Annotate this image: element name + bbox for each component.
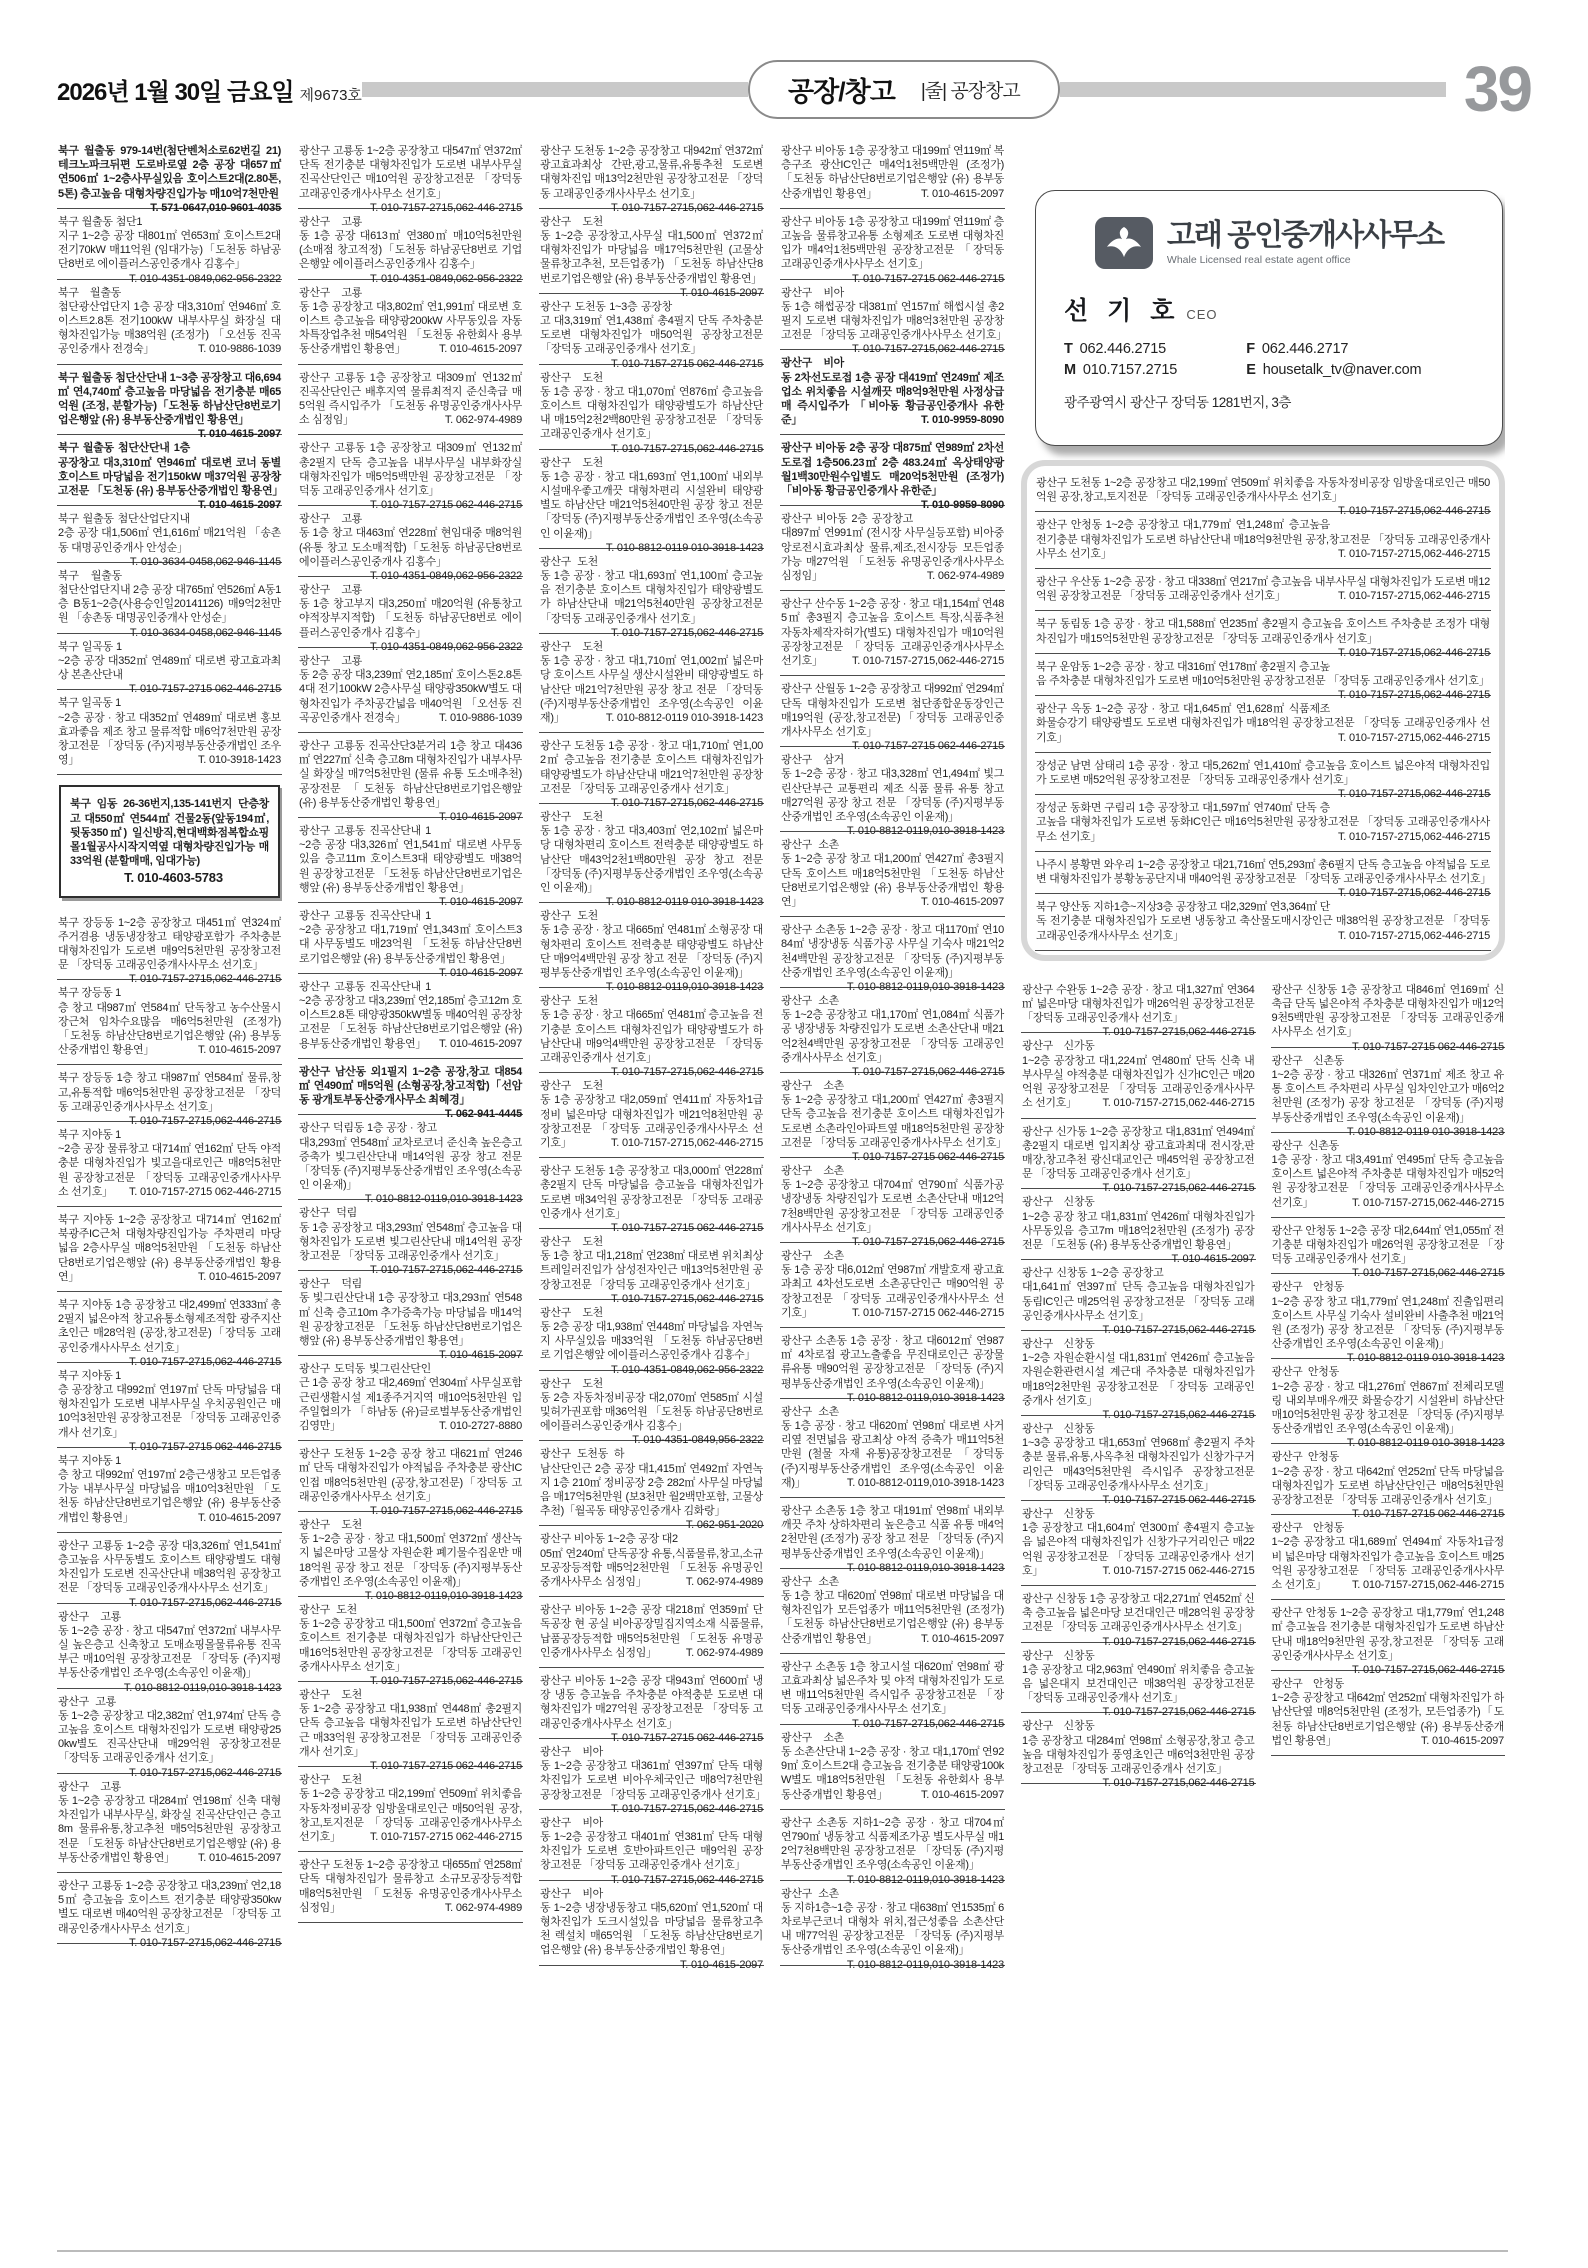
- classified-ad: 광산구 신창동 1층 공장창고 대2,271㎡ 연452㎡ 신축 층고높음 넓은…: [1021, 1586, 1256, 1643]
- classified-ad: 광산구 신가동 1~2층 공장창고 대1,831㎡ 연494㎡ 총2필지 대로변…: [1021, 1119, 1256, 1190]
- classified-ad: 북구 월출동 979-14번(첨단벤처소로62번길 21) 테크노파크뒤편 도로…: [57, 138, 282, 209]
- classified-ad: 광산구 덕림동 빛그린산단내 1층 공장창고 대3,293㎡ 연548㎡ 신축 …: [298, 1271, 523, 1356]
- ad-text: 북구 일곡동 1~2층 공장 대352㎡ 연489㎡ 대로변 광고효과최상 본촌…: [58, 641, 281, 681]
- ad-phone: T. 010-7157-2715,062-446-2715: [1330, 731, 1490, 745]
- ad-text: 광산구 고룡동 진곡산단내 1~2층 공장창고 대1,719㎡ 연1,343㎡ …: [299, 910, 522, 965]
- ad-phone: T. 010-4615-2097: [913, 1788, 1004, 1802]
- ad-phone: T. 010-7157-2715,062-446-2715: [1330, 589, 1490, 603]
- ad-text: 북구 운암동 1~2층 공장 · 창고 대316㎡ 연178㎡ 총2필지 층고높…: [1036, 661, 1489, 687]
- ad-phone: T. 010-4615-2097: [913, 1632, 1004, 1646]
- ad-text: 광산구 비아동 1층 해썹공장 대381㎡ 연157㎡ 해썹시설 총2필지 도로…: [781, 287, 1005, 342]
- ad-text: 광산구 삼거동 1~2층 공장 · 창고 대3,328㎡ 연1,494㎡ 빛그린…: [781, 754, 1004, 823]
- classified-ad: 광산구 고룡동 1~2층 공장 · 창고 대547㎡ 연372㎡ 내부사무실 높…: [57, 1604, 282, 1689]
- ad-text: 광산구 고룡동 1~2층 공장 · 창고 대547㎡ 연372㎡ 내부사무실 높…: [58, 1611, 281, 1680]
- ad-phone: T. 010-7157-2715,062-446-2715: [1344, 1196, 1504, 1210]
- classified-ad: 광산구 소촌동 1층 공장 · 창고 대6012㎡ 연987㎡ 4차로접 광고노…: [780, 1328, 1005, 1399]
- ad-phone: T. 062-974-4989: [919, 569, 1004, 583]
- classified-ad: 광산구 산월동 1~2층 공장창고 대992㎡ 연294㎡ 단독 대형차진입가 …: [780, 676, 1005, 747]
- classified-ad: 장성군 남면 삼태리 1층 공장 · 창고 대5,262㎡ 연1,410㎡ 층고…: [1035, 753, 1491, 795]
- classified-ad: 광산구 도천동 1~2층 공장 · 창고 대1,500㎡ 연372㎡ 생산녹지 …: [298, 1512, 523, 1597]
- ad-text: 광산구 도천동 1~2층 공장창고,사무실 대1,500㎡ 연372㎡ 대형차진…: [540, 216, 763, 285]
- classified-ad: 광산구 도천동 1~2층 공장창고,사무실 대1,500㎡ 연372㎡ 대형차진…: [539, 209, 764, 294]
- ad-text: 광산구 도천동 1~2층 공장 창고 대621㎡ 연246㎡ 단독 대형차진입가…: [299, 1448, 522, 1503]
- classified-ad: 광산구 소촌동 지하1~2층 공장 · 창고 대704㎡ 연790㎡ 냉동창고 …: [780, 1810, 1005, 1881]
- fax-number: 062.446.2717: [1262, 341, 1348, 357]
- classified-ad: 광산구 비아동 1~2층 냉장냉동창고 대5,620㎡ 연1,520㎡ 대형차진…: [539, 1881, 764, 1966]
- classified-ad: 광산구 도천동 2층 자동차정비공장 대2,070㎡ 연585㎡ 시설및허가권포…: [539, 1371, 764, 1442]
- ad-text: 광산구 도천동 1층 공장 · 창고 대1,693㎡ 연1,100㎡ 층고높음 …: [540, 556, 763, 625]
- classified-ad: 북구 장등동 1층 창고 대987㎡ 연584㎡ 물류,창고,유통적합 매6억5…: [57, 1065, 282, 1122]
- ad-phone: T. 062-974-4989: [437, 413, 522, 427]
- classified-ad: 광산구 비아동 2층 공장창고 대897㎡ 연991㎡ (전시장 사무실등포함)…: [780, 506, 1005, 591]
- classified-ad: 광산구 신창동 1~3층 공장창고 대1,653㎡ 연968㎡ 총2필지 주차충…: [1021, 1416, 1256, 1501]
- ad-text: 광산구 비아동 1층 공장창고 대199㎡ 연119㎡ 층고높음 물류창고유통 …: [781, 216, 1004, 271]
- ad-text: 광산구 도천동 2층 자동차정비공장 대2,070㎡ 연585㎡ 시설및허가권포…: [540, 1378, 763, 1433]
- classified-ad: 광산구 산수동 1~2층 공장 · 창고 대1,154㎡ 연485㎡ 총3필지 …: [780, 591, 1005, 676]
- classified-ad: 광산구 도천동 1~2층 공장창고 대2,199㎡ 연509㎡ 위치좋음 자동차…: [1035, 470, 1491, 512]
- classified-ad: 북구 지야동 1층 공장창고 대2,499㎡ 연333㎡ 총2필지 넓은야적 창…: [57, 1292, 282, 1363]
- classified-ad: 광산구 비아동 1~2층 공장 대218㎡ 연359㎡ 단독공장 현 공실 비아…: [539, 1597, 764, 1668]
- ad-phone: T. 010-4603-5783: [70, 871, 269, 885]
- ad-phone: T. 010-7157-2715,062-446-2715: [1330, 830, 1490, 844]
- broker-ceo: 선 기 호CEO: [1064, 291, 1474, 327]
- classified-ad: 광산구 도천동 1층 창고 대1,218㎡ 연238㎡ 대로변 위치최상 트레일…: [539, 1229, 764, 1300]
- classified-ad: 북구 월출동 첨단산업단지내 2층 공장 대765㎡ 연526㎡ A동1층 B동…: [57, 563, 282, 634]
- classified-ad: 광산구 안청동 1~2층 공장창고 대1,689㎡ 연494㎡ 자동차1급정비 …: [1271, 1515, 1506, 1600]
- classified-ad: 북구 지야동 1층 창고 대992㎡ 연197㎡ 2층근생창고 모든업종가능 내…: [57, 1448, 282, 1533]
- ceo-title: CEO: [1186, 307, 1217, 322]
- classified-ad: 북구 임동 26-36번지,135-141번지 단층창고 대550㎡ 연544㎡…: [59, 785, 280, 897]
- broker-ad-box: 고래 공인중개사사무소 Whale Licensed real estate a…: [1035, 190, 1503, 446]
- classified-ad: 광산구 도덕동 빛그린산단인근 1층 공장 창고 대2,469㎡ 연304㎡ 사…: [298, 1356, 523, 1441]
- classified-ad: 광산구 신창동 1층 공장창고 대1,604㎡ 연300㎡ 총4필지 층고높음 …: [1021, 1501, 1256, 1586]
- classified-ad: 광산구 도천동 1~2층 공장창고 대655㎡ 연258㎡ 단독 대형차진입가 …: [298, 1852, 523, 1923]
- ad-text: 광산구 수완동 1~2층 공장 · 창고 대1,327㎡ 연364㎡ 넓은마당 …: [1022, 984, 1255, 1024]
- ad-text: 광산구 도천동 1~2층 공장 · 창고 대1,500㎡ 연372㎡ 생산녹지 …: [299, 1519, 522, 1588]
- ad-phone: T. 062-974-4989: [678, 1575, 763, 1589]
- ad-phone: T. 010-7157-2715,062-446-2715: [1095, 1776, 1255, 1790]
- classified-ad: 광산구 소촌동 1~2층 공장 창고 대1,200㎡ 연427㎡ 총3필지 단독…: [780, 832, 1005, 917]
- ad-text: 북구 동림동 1층 공장 · 창고 대1,588㎡ 연235㎡ 총2필지 층고높…: [1036, 618, 1490, 644]
- ad-text: 북구 월출동 첨단산단내 1층 공장창고 대3,310㎡ 연946㎡ 대로변 코…: [58, 442, 282, 497]
- ad-text: 광산구 비아동 2층 공장 대875㎡ 연989㎡ 2차선도로접 1층506.2…: [781, 442, 1004, 497]
- classified-ad: 광산구 소촌동 1층 공장 대6,012㎡ 연987㎡ 개발호재 광고효과최고 …: [780, 1243, 1005, 1328]
- ad-phone: T. 010-4615-2097: [190, 1043, 281, 1057]
- classified-ad: 광산구 고룡동 1층 창고 대463㎡ 연228㎡ 현임대중 매8억원 (유통 …: [298, 506, 523, 577]
- ad-text: 광산구 도천동 1~2층 공장창고 대2,199㎡ 연509㎡ 위치좋음 자동차…: [1036, 477, 1490, 503]
- ceo-name: 선 기 호: [1064, 297, 1180, 325]
- ad-text: 광산구 도천동 1층 공장 · 창고 대1,070㎡ 연876㎡ 층고높음 호이…: [540, 372, 763, 441]
- ad-text: 광산구 신창동 1~2층 자원순환시설 대1,831㎡ 연426㎡ 층고높음 자…: [1022, 1338, 1255, 1407]
- ad-text: 광산구 신창동 1층 공장창고 대846㎡ 연169㎡ 신축급 단독 넓은야적 …: [1272, 984, 1505, 1039]
- classified-ad: 광산구 도천동 1~2층 공장 창고 대621㎡ 연246㎡ 단독 대형차진입가…: [298, 1441, 523, 1512]
- ad-text: 광산구 산월동 1~2층 공장창고 대992㎡ 연294㎡ 단독 대형차진입가 …: [781, 683, 1004, 738]
- classified-ad: 광산구 고룡동 1층 창고부지 대3,250㎡ 매20억원 (유통창고 야적장부…: [298, 577, 523, 648]
- ad-text: 장성군 남면 삼태리 1층 공장 · 창고 대5,262㎡ 연1,410㎡ 층고…: [1036, 760, 1490, 786]
- ad-text: 북구 지야동 1층 공장창고 대992㎡ 연197㎡ 단독 마당넓음 대형차진입…: [58, 1370, 281, 1439]
- broker-logo-row: 고래 공인중개사사무소 Whale Licensed real estate a…: [1064, 217, 1474, 269]
- classified-ad: 광산구 소촌동 지하1층~1층 공장 · 창고 대638㎡ 연1535㎡ 6차로…: [780, 1881, 1005, 1966]
- classified-ad: 광산구 신창동 1~2층 공장창고 대1,641㎡ 연397㎡ 단독 층고높음 …: [1021, 1260, 1256, 1331]
- ad-phone: T. 010-4615-2097: [190, 1270, 281, 1284]
- date-block: 2026년 1월 30일 금요일제9673호: [57, 72, 362, 107]
- broker-contacts: T062.446.2715 F062.446.2717 M010.7157.27…: [1064, 341, 1474, 378]
- column-5: 광산구 수완동 1~2층 공장 · 창고 대1,327㎡ 연364㎡ 넓은마당 …: [1021, 977, 1256, 1791]
- ad-phone: T. 010-7157-2715 062-446-2715: [1095, 1564, 1255, 1578]
- ad-text: 북구 월출동 첨단산업단지내 2층 공장 대765㎡ 연526㎡ A동1층 B동…: [58, 570, 281, 625]
- section-subtitle: |줄| 공장창고: [921, 76, 1020, 103]
- classifieds-body: 북구 월출동 979-14번(첨단벤처소로62번길 21) 테크노파크뒤편 도로…: [57, 138, 1505, 2246]
- ad-text: 광산구 도천동 1~2층 공장창고 대942㎡ 연372㎡ 광고효과최상 간판,…: [540, 145, 763, 200]
- column-4: 광산구 비아동 1층 공장창고 대199㎡ 연119㎡ 복층구조 광산IC인근 …: [780, 138, 1005, 2246]
- classified-ad: 광산구 도천동 1층 공장 · 창고 대1,693㎡ 연1,100㎡ 내외부시설…: [539, 450, 764, 549]
- ad-text: 광산구 소촌동 1층 창고시설 대620㎡ 연98㎡ 광고효과최상 넓은주차 및…: [781, 1661, 1004, 1716]
- column-2: 광산구 고룡동 1~2층 공장창고 대547㎡ 연372㎡ 단독 전기충분 대형…: [298, 138, 523, 2246]
- ad-text: 광산구 고룡동 진곡산단3분거리 1층 창고 대436㎡ 연227㎡ 신축 층고…: [299, 740, 522, 809]
- classified-ad: 광산구 도천동 1~2층 공장창고 대942㎡ 연372㎡ 광고효과최상 간판,…: [539, 138, 764, 209]
- newspaper-page: 2026년 1월 30일 금요일제9673호 공장/창고 |줄| 공장창고 39…: [0, 0, 1588, 2268]
- classified-ad: 광산구 고룡동 1층 공장창고 대3,802㎡ 연1,991㎡ 대로변 호이스트…: [298, 280, 523, 365]
- ad-phone: T. 010-4615-2097: [431, 1037, 522, 1051]
- classified-ad: 광산구 비아동 1~2층 공장 대943㎡ 연600㎡ 냉장 냉동 층고높음 주…: [539, 1668, 764, 1739]
- ad-text: 광산구 안청동 1~2층 공장 창고 대1,779㎡ 연1,248㎡ 진출입편리…: [1272, 1281, 1505, 1350]
- ad-text: 광산구 고룡동 1~2층 공장창고 대3,239㎡ 연2,185㎡ 층고높음 호…: [58, 1880, 281, 1935]
- classified-ad: 북구 일곡동 1~2층 공장 · 창고 대352㎡ 연489㎡ 대로변 홍보효과…: [57, 690, 282, 775]
- classified-ad: 북구 월출동 첨단산단내 1~3층 공장창고 대6,694㎡ 연4,740㎡ 층…: [57, 365, 282, 436]
- classified-ad: 광산구 신촌동 1~2층 공장 · 창고 대326㎡ 연371㎡ 제조 창고 유…: [1271, 1048, 1506, 1133]
- classified-ad: 광산구 도천동 1층 공장창고 대2,059㎡ 연411㎡ 자동차1급정비 넓은…: [539, 1073, 764, 1158]
- classified-ad: 광산구 신촌동 1층 공장 · 창고 대3,491㎡ 연495㎡ 단독 층고높음…: [1271, 1133, 1506, 1218]
- classified-ad: 광산구 우산동 1~2층 공장 · 창고 대338㎡ 연217㎡ 층고높음 내부…: [1035, 569, 1491, 611]
- right-section: 고래 공인중개사사무소 Whale Licensed real estate a…: [1021, 138, 1505, 2246]
- classified-ad: 북구 양산동 지하1층~지상3층 공장창고 대2,329㎡ 연3,364㎡ 단독…: [1035, 894, 1491, 951]
- classified-ad: 광산구 비아동 1층 공장창고 대199㎡ 연119㎡ 층고높음 물류창고유통 …: [780, 209, 1005, 280]
- ad-phone: T. 010-9886-1039: [431, 711, 522, 725]
- ad-phone: T. 062-974-4989: [678, 1646, 763, 1660]
- broker-email: Ehousetalk_tv@naver.com: [1246, 362, 1474, 378]
- ad-text: 광산구 신창동 1층 공장창고 대2,271㎡ 연452㎡ 신축 층고높음 넓은…: [1022, 1593, 1255, 1633]
- classified-ad: 광산구 고룡동 1층 공장 대613㎡ 연380㎡ 매10억5천만원 (소매점 …: [298, 209, 523, 280]
- fax-label: F: [1246, 341, 1255, 357]
- classified-ad: 광산구 고룡동 진곡산단내 1~2층 공장창고 대1,719㎡ 연1,343㎡ …: [298, 903, 523, 974]
- column-3: 광산구 도천동 1~2층 공장창고 대942㎡ 연372㎡ 광고효과최상 간판,…: [539, 138, 764, 2246]
- ad-text: 북구 월출동 첨단1지구 1~2층 공장 대801㎡ 연653㎡ 호이스트2대 …: [58, 216, 281, 271]
- classified-ad: 광산구 비아동 1~2층 공장창고 대401㎡ 연381㎡ 단독 대형차진입가 …: [539, 1810, 764, 1881]
- classified-ad: 광산구 고룡동 진곡산단내 1~2층 공장 대3,326㎡ 연1,541㎡ 대로…: [298, 818, 523, 903]
- classified-ad: 광산구 비아동 1~2층 공장 대205㎡ 연240㎡ 단독공장 유통,식품물류…: [539, 1526, 764, 1597]
- ad-text: 광산구 도천동 1~2층 공장창고 대1,500㎡ 연372㎡ 층고높음 호이스…: [299, 1604, 522, 1673]
- broker-tel: T062.446.2715: [1064, 341, 1246, 357]
- ad-text: 광산구 고룡동 1~2층 공장창고 대547㎡ 연372㎡ 단독 전기충분 대형…: [299, 145, 522, 200]
- classified-ad: 광산구 소촌동 1~2층 공장창고 대704㎡ 연790㎡ 식품가공 냉장냉동 …: [780, 1158, 1005, 1243]
- classified-ad: 광산구 도천동 2층 공장 대1,938㎡ 연448㎡ 마당넓음 자연녹지 사무…: [539, 1300, 764, 1371]
- classified-ad: 북구 월출동 첨단산업단지내 2층 공장 대1,506㎡ 연1,616㎡ 매21…: [57, 506, 282, 563]
- classified-ad: 북구 지야동 1층 공장창고 대992㎡ 연197㎡ 단독 마당넓음 대형차진입…: [57, 1363, 282, 1448]
- ad-text: 나주시 봉황면 와우리 1~2층 공장창고 대21,716㎡ 연5,293㎡ 총…: [1036, 859, 1491, 885]
- classified-ad: 북구 월출동 첨단1지구 1~2층 공장 대801㎡ 연653㎡ 호이스트2대 …: [57, 209, 282, 280]
- classified-ad: 광산구 수완동 1~2층 공장 · 창고 대1,327㎡ 연364㎡ 넓은마당 …: [1021, 977, 1256, 1034]
- ad-phone: T. 010-8812-0119,010-3918-1423: [839, 1958, 1004, 1972]
- ad-phone: T. 010-3918-1423: [190, 753, 281, 767]
- classified-ad: 광산구 고룡동 1~2층 공장 대3,326㎡ 연1,541㎡ 층고높음 사무동…: [57, 1533, 282, 1604]
- ad-text: 광산구 비아동 1~2층 공장창고 대401㎡ 연381㎡ 단독 대형차진입가 …: [540, 1817, 763, 1872]
- classified-ad: 광산구 안청동 1~2층 공장 대2,644㎡ 연1,055㎡ 전기충분 대형차…: [1271, 1218, 1506, 1275]
- ad-text: 광산구 신창동 1층 공장창고 대284㎡ 연98㎡ 소형공장,창고 층고높음 …: [1022, 1720, 1255, 1775]
- classified-ad: 광산구 안청동 1~2층 공장 창고 대1,779㎡ 연1,248㎡ 진출입편리…: [1271, 1274, 1506, 1359]
- ad-text: 광산구 도천동 1층 창고 대1,218㎡ 연238㎡ 대로변 위치최상 트레일…: [540, 1236, 763, 1291]
- classified-ad: 북구 장등동 1층 창고 대987㎡ 연584㎡ 단독창고 농수산물시장근처 임…: [57, 980, 282, 1065]
- ad-text: 광산구 신창동 1~2층 공장창고 대1,641㎡ 연397㎡ 단독 층고높음 …: [1022, 1267, 1255, 1322]
- classified-ad: 광산구 고룡동 진곡산단3분거리 1층 창고 대436㎡ 연227㎡ 신축 층고…: [298, 733, 523, 818]
- ad-text: 광산구 도천동 하남산단인근 2층 공장 대1,415㎡ 연492㎡ 자연녹지 …: [540, 1448, 763, 1517]
- ad-text: 광산구 도천동 1~2층 공장창고 대1,938㎡ 연448㎡ 총2필지 단독 …: [299, 1689, 522, 1758]
- classified-ad: 광산구 소촌동 1~2층 공장 · 창고 대1170㎡ 연1084㎡ 냉장냉동 …: [780, 917, 1005, 988]
- ad-text: 광산구 고룡동 1층 공장창고 대309㎡ 연132㎡ 총2필지 단독 층고높음…: [299, 442, 522, 497]
- classified-ad: 광산구 소촌동 1층 창고 대191㎡ 연98㎡ 내외부깨끗 주차 상하차편리 …: [780, 1498, 1005, 1569]
- date: 2026년 1월 30일 금요일: [57, 79, 294, 106]
- ad-phone: T. 010-7157-2715,062-446-2715: [844, 654, 1004, 668]
- classified-ad: 북구 지야동 1~2층 공장창고 대714㎡ 연162㎡ 북광주IC근처 대형차…: [57, 1207, 282, 1292]
- column-1: 북구 월출동 979-14번(첨단벤처소로62번길 21) 테크노파크뒤편 도로…: [57, 138, 282, 2246]
- classified-ad: 광산구 소촌동 1층 창고 대620㎡ 연98㎡ 대로변 마당넓음 대형차진입가…: [780, 1569, 1005, 1654]
- classified-ad: 광산구 안청동 1~2층 공장창고 대1,779㎡ 연1,248㎡ 층고높음 전…: [1035, 512, 1491, 569]
- page-header: 2026년 1월 30일 금요일제9673호 공장/창고 |줄| 공장창고 39: [57, 58, 1531, 120]
- ad-text: 광산구 안청동 1~2층 공장창고 대1,779㎡ 연1,248㎡ 층고높음 전…: [1272, 1607, 1505, 1662]
- classified-ad: 광산구 안청동 1~2층 공장창고 대1,779㎡ 연1,248㎡ 층고높음 전…: [1271, 1600, 1506, 1671]
- ad-text: 북구 임동 26-36번지,135-141번지 단층창고 대550㎡ 연544㎡…: [70, 798, 269, 867]
- classified-ad: 광산구 도천동 1~2층 공장창고 대1,500㎡ 연372㎡ 층고높음 호이스…: [298, 1597, 523, 1682]
- classified-ad: 광산구 신가동 1~2층 공장창고 대1,224㎡ 연480㎡ 단독 신축 내부…: [1021, 1033, 1256, 1118]
- whale-logo-icon: [1095, 217, 1153, 269]
- header-rule-right: [1060, 82, 1446, 97]
- classified-ad: 광산구 신창동 1층 공장창고 대846㎡ 연169㎡ 신축급 단독 넓은야적 …: [1271, 977, 1506, 1048]
- tel-number: 062.446.2715: [1080, 341, 1166, 357]
- classified-ad: 장성군 동화면 구림리 1층 공장창고 대1,597㎡ 연740㎡ 단독 층고높…: [1035, 795, 1491, 852]
- header-rule-left: [362, 82, 748, 97]
- ad-text: 광산구 고룡동 진곡산단내 1~2층 공장 대3,326㎡ 연1,541㎡ 대로…: [299, 825, 522, 894]
- classified-ad: 광산구 비아동 2층 공장 대875㎡ 연989㎡ 2차선도로접 1층506.2…: [780, 435, 1005, 506]
- classified-ad: 광산구 도천동 1층 공장 · 창고 대1,070㎡ 연876㎡ 층고높음 호이…: [539, 365, 764, 450]
- ad-text: 광산구 도천동 1층 공장 · 창고 대665㎡ 연481㎡ 층고높음 전기충분…: [540, 995, 763, 1064]
- classified-ad: 광산구 도천동 1층 공장 · 창고 대1,710㎡ 연1,002㎡ 층고높음 …: [539, 733, 764, 804]
- classified-ad: 북구 동림동 1층 공장 · 창고 대1,588㎡ 연235㎡ 총2필지 층고높…: [1035, 611, 1491, 653]
- ad-text: 광산구 고룡동 1~2층 공장 대3,326㎡ 연1,541㎡ 층고높음 사무동…: [58, 1540, 281, 1595]
- ad-text: 광산구 소촌동 1층 창고 대191㎡ 연98㎡ 내외부깨끗 주차 상하차편리 …: [781, 1505, 1004, 1560]
- classified-ad: 광산구 비아동 1층 해썹공장 대381㎡ 연157㎡ 해썹시설 총2필지 도로…: [780, 280, 1005, 351]
- classified-ad: 광산구 비아동 1~2층 공장창고 대361㎡ 연397㎡ 단독 대형차진입가 …: [539, 1739, 764, 1810]
- classified-ad: 광산구 도천동 1층 공장 · 창고 대665㎡ 연481㎡ 층고높음 전기충분…: [539, 988, 764, 1073]
- classified-ad: 광산구 도천동 1~3층 공장창고 대3,319㎡ 연1,438㎡ 총4필지 단…: [539, 294, 764, 365]
- ad-text: 광산구 비아동 1~2층 공장 대943㎡ 연600㎡ 냉장 냉동 층고높음 주…: [540, 1675, 763, 1730]
- wide-ads-panel: 광산구 도천동 1~2층 공장창고 대2,199㎡ 연509㎡ 위치좋음 자동차…: [1021, 460, 1505, 961]
- ad-phone: T. 062-974-4989: [437, 1901, 522, 1915]
- classified-ad: 북구 장등동 1~2층 공장창고 대451㎡ 연324㎡ 주거겸용 냉동냉장창고…: [57, 910, 282, 981]
- ad-text: 광산구 고룡동 1층 창고 대463㎡ 연228㎡ 현임대중 매8억원 (유통 …: [299, 513, 522, 568]
- ad-text: 북구 지야동 1층 공장창고 대2,499㎡ 연333㎡ 총2필지 넓은야적 창…: [58, 1299, 281, 1354]
- ad-phone: T. 010-4615-2097: [913, 187, 1004, 201]
- classified-ad: 광산구 신창동 1~2층 공장 창고 대1,831㎡ 연426㎡ 대형차진입가 …: [1021, 1189, 1256, 1260]
- ad-text: 광산구 고룡동 1층 공장 대613㎡ 연380㎡ 매10억5천만원 (소매점 …: [299, 216, 522, 271]
- classified-ad: 광산구 도천동 1~2층 공장창고 대2,199㎡ 연509㎡ 위치좋음 자동차…: [298, 1767, 523, 1852]
- ad-text: 광산구 소촌동 지하1층~1층 공장 · 창고 대638㎡ 연1535㎡ 6차로…: [781, 1888, 1004, 1957]
- classified-ad: 북구 운암동 1~2층 공장 · 창고 대316㎡ 연178㎡ 총2필지 층고높…: [1035, 654, 1491, 696]
- classified-ad: 광산구 소촌동 1~2층 공장창고 대1,200㎡ 연427㎡ 총3필지 단독 …: [780, 1073, 1005, 1158]
- ad-text: 광산구 신창동 1층 공장창고 대2,963㎡ 연490㎡ 위치좋음 층고높음 …: [1022, 1650, 1255, 1705]
- classified-ad: 광산구 덕림동 1층 공장 · 창고 대3,293㎡ 연548㎡ 교차로코너 준…: [298, 1115, 523, 1200]
- ad-text: 광산구 덕림동 빛그린산단내 1층 공장창고 대3,293㎡ 연548㎡ 신축 …: [299, 1278, 522, 1347]
- right-subcolumns: 광산구 수완동 1~2층 공장 · 창고 대1,327㎡ 연364㎡ 넓은마당 …: [1021, 977, 1505, 1791]
- ad-text: 광산구 소촌동 1층 공장 · 창고 대6012㎡ 연987㎡ 4차로접 광고노…: [781, 1335, 1004, 1390]
- email-address: housetalk_tv@naver.com: [1263, 362, 1422, 378]
- classified-ad: 광산구 소촌동 1층 공장 · 창고 대620㎡ 연98㎡ 대로변 사거리옆 전…: [780, 1399, 1005, 1498]
- ad-text: 광산구 고룡동 1~2층 공장창고 대2,382㎡ 연1,974㎡ 단독 층고높…: [58, 1696, 281, 1765]
- ad-text: 광산구 덕림동 1층 공장창고 대3,293㎡ 연548㎡ 층고높음 대형차진입…: [299, 1207, 522, 1262]
- classified-ad: 광산구 도천동 1층 공장 · 창고 대1,710㎡ 연1,002㎡ 넓은마당 …: [539, 634, 764, 733]
- classified-ad: 광산구 옥동 1~2층 공장 · 창고 대1,645㎡ 연1,628㎡ 식품제조…: [1035, 696, 1491, 753]
- ad-text: 광산구 안청동 1~2층 공장 · 창고 대1,276㎡ 연867㎡ 전체리모델…: [1272, 1366, 1505, 1435]
- classified-ad: 광산구 소촌동 1층 창고시설 대620㎡ 연98㎡ 광고효과최상 넓은주차 및…: [780, 1654, 1005, 1725]
- ad-text: 광산구 비아동 1~2층 공장창고 대361㎡ 연397㎡ 단독 대형차진입가 …: [540, 1746, 764, 1801]
- classified-ad: 나주시 봉황면 와우리 1~2층 공장창고 대21,716㎡ 연5,293㎡ 총…: [1035, 852, 1491, 894]
- ad-text: 광산구 도천동 2층 공장 대1,938㎡ 연448㎡ 마당넓음 자연녹지 사무…: [540, 1307, 763, 1362]
- ad-text: 광산구 도천동 1층 공장창고 대3,000㎡ 연228㎡ 총2필지 단독 마당…: [540, 1165, 763, 1220]
- ad-phone: T. 010-8812-0119 010-3918-1423: [598, 711, 763, 725]
- ad-text: 북구 장등동 1~2층 공장창고 대451㎡ 연324㎡ 주거겸용 냉동냉장창고…: [58, 917, 281, 972]
- ad-phone: T. 010-7157-2715,062-446-2715: [1330, 547, 1490, 561]
- page-bottom-rule: [57, 2250, 1508, 2252]
- classified-ad: 광산구 고룡동 진곡산단내 1~2층 공장창고 대3,239㎡ 연2,185㎡ …: [298, 974, 523, 1059]
- classified-ad: 광산구 신창동 1층 공장창고 대2,963㎡ 연490㎡ 위치좋음 층고높음 …: [1021, 1643, 1256, 1714]
- ad-phone: T. 010-7157-2715 062-446-2715: [844, 1306, 1004, 1320]
- classified-ad: 북구 지야동 1~2층 공장 물류창고 대714㎡ 연162㎡ 단독 야적충분 …: [57, 1122, 282, 1207]
- ad-phone: T. 010-7157-2715 062-446-2715: [121, 1185, 281, 1199]
- ad-phone: T. 010-4615-2097: [431, 342, 522, 356]
- classified-ad: 광산구 도천동 1층 공장창고 대3,000㎡ 연228㎡ 총2필지 단독 마당…: [539, 1158, 764, 1229]
- ad-text: 광산구 도천동 1층 공장 · 창고 대3,403㎡ 연2,102㎡ 넓은마당 …: [540, 811, 763, 894]
- classified-ad: 광산구 도천동 1~2층 공장창고 대1,938㎡ 연448㎡ 총2필지 단독 …: [298, 1682, 523, 1767]
- classified-ad: 광산구 고룡동 1~2층 공장창고 대547㎡ 연372㎡ 단독 전기충분 대형…: [298, 138, 523, 209]
- classified-ad: 광산구 안청동 1~2층 공장창고 대642㎡ 연252㎡ 대형차진입가 하남산…: [1271, 1671, 1506, 1756]
- classified-ad: 광산구 도천동 하남산단인근 2층 공장 대1,415㎡ 연492㎡ 자연녹지 …: [539, 1441, 764, 1526]
- ad-text: 광산구 신창동 1~2층 공장 창고 대1,831㎡ 연426㎡ 대형차진입가 …: [1022, 1196, 1255, 1251]
- ad-phone: T. 010-7157-2715,062-446-2715: [1095, 1096, 1255, 1110]
- classified-ad: 광산구 고룡동 1층 공장창고 대309㎡ 연132㎡ 총2필지 단독 층고높음…: [298, 435, 523, 506]
- broker-fax: F062.446.2717: [1246, 341, 1474, 357]
- ad-text: 광산구 도천동 1층 공장 · 창고 대1,693㎡ 연1,100㎡ 내외부시설…: [540, 457, 763, 540]
- classified-ad: 광산구 도천동 1층 공장 · 창고 대665㎡ 연481㎡ 소형공장 대형차편…: [539, 903, 764, 988]
- broker-name-en: Whale Licensed real estate agent office: [1167, 254, 1443, 266]
- classified-ad: 광산구 남산동 외1필지 1~2층 공장,창고 대854㎡ 연490㎡ 매5억원…: [298, 1059, 523, 1116]
- classified-ad: 북구 일곡동 1~2층 공장 대352㎡ 연489㎡ 대로변 광고효과최상 본촌…: [57, 634, 282, 691]
- ad-text: 북구 월출동 979-14번(첨단벤처소로62번길 21) 테크노파크뒤편 도로…: [58, 145, 281, 200]
- ad-text: 광산구 신촌동 1~2층 공장 · 창고 대326㎡ 연371㎡ 제조 창고 유…: [1272, 1055, 1505, 1124]
- ad-text: 광산구 소촌동 1~2층 공장창고 대704㎡ 연790㎡ 식품가공 냉장냉동 …: [781, 1165, 1004, 1234]
- ad-text: 광산구 소촌동 1~2층 공장 · 창고 대1170㎡ 연1084㎡ 냉장냉동 …: [781, 924, 1004, 979]
- ad-phone: T. 010-7157-2715,062-446-2715: [1344, 1578, 1504, 1592]
- mobile-number: 010.7157.2715: [1083, 362, 1177, 378]
- classified-ad: 광산구 고룡동 1층 공장창고 대309㎡ 연132㎡ 진곡산단인근 배후지역 …: [298, 365, 523, 436]
- page-number: 39: [1464, 57, 1531, 121]
- ad-phone: T. 010-4615-2097: [190, 1851, 281, 1865]
- ad-phone: T. 010-4615-2097: [1413, 1734, 1504, 1748]
- broker-address: 광주광역시 광산구 장덕동 1281번지, 3층: [1064, 391, 1474, 411]
- issue-number: 제9673호: [300, 87, 362, 104]
- ad-phone: T. 010-4615-2097: [913, 895, 1004, 909]
- ad-phone: T. 010-9886-1039: [190, 342, 281, 356]
- ad-text: 광산구 고룡동 1층 창고부지 대3,250㎡ 매20억원 (유통창고 야적장부…: [299, 584, 522, 639]
- ad-text: 광산구 도천동 1층 공장 · 창고 대1,710㎡ 연1,002㎡ 층고높음 …: [540, 740, 763, 795]
- ad-text: 광산구 소촌동 지하1~2층 공장 · 창고 대704㎡ 연790㎡ 냉동창고 …: [781, 1817, 1004, 1872]
- classified-ad: 광산구 안청동 1~2층 공장 · 창고 대642㎡ 연252㎡ 단독 마당넓음…: [1271, 1444, 1506, 1515]
- classified-ad: 광산구 소촌동 1~2층 공장창고 대1,170㎡ 연1,084㎡ 식품가공 냉…: [780, 988, 1005, 1073]
- classified-ad: 광산구 소촌동 소촌산단내 1~2층 공장 · 창고 대1,170㎡ 연929㎡…: [780, 1725, 1005, 1810]
- ad-text: 북구 월출동 첨단산단내 1~3층 공장창고 대6,694㎡ 연4,740㎡ 층…: [58, 372, 281, 427]
- ad-text: 광산구 안청동 1~2층 공장 대2,644㎡ 연1,055㎡ 전기충분 대형차…: [1272, 1225, 1505, 1265]
- ad-text: 광산구 도천동 1~3층 공장창고 대3,319㎡ 연1,438㎡ 총4필지 단…: [540, 301, 763, 356]
- ad-text: 광산구 안청동 1~2층 공장 · 창고 대642㎡ 연252㎡ 단독 마당넓음…: [1272, 1451, 1505, 1506]
- classified-ad: 북구 월출동 첨단산단내 1층 공장창고 대3,310㎡ 연946㎡ 대로변 코…: [57, 435, 282, 506]
- classified-ad: 광산구 비아동 2차선도로접 1층 공장 대419㎡ 연249㎡ 제조업소 위치…: [780, 350, 1005, 435]
- classified-ad: 광산구 고룡동 2층 공장 대3,239㎡ 연2,185㎡ 호이스톤2.8톤 4…: [298, 648, 523, 733]
- ad-text: 광산구 신창동 1~3층 공장창고 대1,653㎡ 연968㎡ 총2필지 주차충…: [1022, 1423, 1255, 1492]
- classified-ad: 광산구 고룡동 1~2층 공장창고 대284㎡ 연198㎡ 신축 대형차진입가 …: [57, 1774, 282, 1873]
- ad-text: 광산구 소촌동 1~2층 공장창고 대1,170㎡ 연1,084㎡ 식품가공 냉…: [781, 995, 1004, 1064]
- ad-text: 광산구 비아동 1~2층 냉장냉동창고 대5,620㎡ 연1,520㎡ 대형차진…: [540, 1888, 763, 1957]
- ad-phone: T. 010-7157-2715,062-446-2715: [121, 1936, 281, 1950]
- classified-ad: 광산구 도천동 1층 공장 · 창고 대3,403㎡ 연2,102㎡ 넓은마당 …: [539, 804, 764, 903]
- section-pill: 공장/창고 |줄| 공장창고: [748, 60, 1060, 119]
- classified-ad: 광산구 비아동 1층 공장창고 대199㎡ 연119㎡ 복층구조 광산IC인근 …: [780, 138, 1005, 209]
- ad-text: 북구 장등동 1층 창고 대987㎡ 연584㎡ 물류,창고,유통적합 매6억5…: [58, 1072, 281, 1112]
- ad-phone: T. 010-2727-8880: [431, 1419, 522, 1433]
- classified-ad: 광산구 안청동 1~2층 공장 · 창고 대1,276㎡ 연867㎡ 전체리모델…: [1271, 1359, 1506, 1444]
- classified-ad: 광산구 덕림동 1층 공장창고 대3,293㎡ 연548㎡ 층고높음 대형차진입…: [298, 1200, 523, 1271]
- tel-label: T: [1064, 341, 1073, 357]
- ad-text: 광산구 소촌동 1~2층 공장창고 대1,200㎡ 연427㎡ 총3필지 단독 …: [781, 1080, 1005, 1149]
- ad-text: 광산구 신가동 1~2층 공장창고 대1,831㎡ 연494㎡ 총2필지 대로변…: [1022, 1126, 1255, 1181]
- ad-text: 북구 월출동 첨단산업단지내 2층 공장 대1,506㎡ 연1,616㎡ 매21…: [58, 513, 281, 553]
- ad-text: 광산구 덕림동 1층 공장 · 창고 대3,293㎡ 연548㎡ 교차로코너 준…: [299, 1122, 522, 1191]
- classified-ad: 북구 월출동 첨단광산업단지 1층 공장 대3,310㎡ 연946㎡ 호이스트2…: [57, 280, 282, 365]
- ad-phone: T. 010-4615-2097: [190, 1511, 281, 1525]
- section-title: 공장/창고: [788, 70, 895, 109]
- classified-ad: 광산구 고룡동 1~2층 공장창고 대3,239㎡ 연2,185㎡ 층고높음 호…: [57, 1873, 282, 1944]
- ad-phone: T. 010-8812-0119,010-3918-1423: [839, 1476, 1004, 1490]
- ad-phone: T. 010-9959-8090: [913, 413, 1004, 427]
- ad-text: 광산구 남산동 외1필지 1~2층 공장,창고 대854㎡ 연490㎡ 매5억원…: [299, 1066, 522, 1106]
- classified-ad: 광산구 신창동 1층 공장창고 대284㎡ 연98㎡ 소형공장,창고 층고높음 …: [1021, 1713, 1256, 1784]
- column-6: 광산구 신창동 1층 공장창고 대846㎡ 연169㎡ 신축급 단독 넓은야적 …: [1271, 977, 1506, 1791]
- ad-text: 광산구 도천동 1층 공장 · 창고 대665㎡ 연481㎡ 소형공장 대형차편…: [540, 910, 763, 979]
- ad-phone: T. 010-7157-2715 062-446-2715: [362, 1830, 522, 1844]
- ad-phone: T. 010-7157-2715,062-446-2715: [603, 1136, 763, 1150]
- classified-ad: 광산구 신창동 1~2층 자원순환시설 대1,831㎡ 연426㎡ 층고높음 자…: [1021, 1331, 1256, 1416]
- broker-mobile: M010.7157.2715: [1064, 362, 1246, 378]
- broker-name-kr: 고래 공인중개사사무소: [1167, 220, 1443, 252]
- classified-ad: 광산구 도천동 1층 공장 · 창고 대1,693㎡ 연1,100㎡ 층고높음 …: [539, 549, 764, 634]
- mobile-label: M: [1064, 362, 1076, 378]
- ad-phone: T. 010-7157-2715,062-446-2715: [1330, 929, 1490, 943]
- classified-ad: 광산구 고룡동 1~2층 공장창고 대2,382㎡ 연1,974㎡ 단독 층고높…: [57, 1689, 282, 1774]
- broker-names: 고래 공인중개사사무소 Whale Licensed real estate a…: [1167, 220, 1443, 266]
- ad-phone: T. 010-4615-2097: [672, 1958, 763, 1972]
- classified-ad: 광산구 삼거동 1~2층 공장 · 창고 대3,328㎡ 연1,494㎡ 빛그린…: [780, 747, 1005, 832]
- email-label: E: [1246, 362, 1255, 378]
